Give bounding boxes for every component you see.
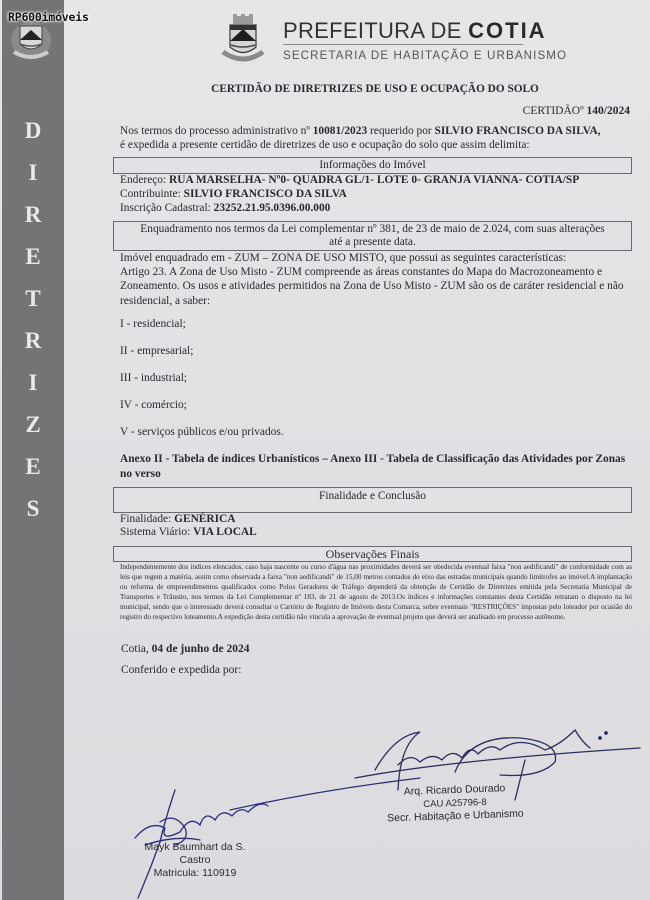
intro-text: requerido por [367, 125, 434, 137]
list-item: IV - comércio; [120, 399, 284, 426]
permitted-uses-list: I - residencial; II - empresarial; III -… [120, 318, 284, 453]
coat-of-arms-icon [8, 18, 54, 60]
list-item: I - residencial; [120, 318, 284, 345]
side-letter: I [2, 160, 64, 202]
section-header-conclusion: Finalidade e Conclusão [113, 487, 632, 513]
road-label: Sistema Viário: [120, 526, 193, 538]
certificate-number-value: 140/2024 [587, 105, 630, 117]
signature-secretary: Arq. Ricardo Dourado CAU A25796-8 Secr. … [379, 781, 530, 825]
side-letter: I [2, 370, 64, 412]
property-info: Endereço: RUA MARSELHA- Nº0- QUADRA GL/1… [120, 173, 635, 215]
observations-text: Independentemente dos índices elencados,… [120, 562, 632, 622]
title-city: COTIA [468, 18, 546, 43]
zone-line: Imóvel enquadrado em - ZUM – ZONA DE USO… [120, 251, 635, 265]
side-letter: T [2, 286, 64, 328]
watermark: RP600imóveis [8, 10, 89, 24]
framework-heading-line: Enquadramento nos termos da Lei compleme… [114, 223, 631, 236]
issue-date-value: 04 de junho de 2024 [152, 643, 250, 655]
taxpayer-value: SILVIO FRANCISCO DA SILVA [184, 188, 347, 200]
signature-clerk: Mayk Baumhart da S. Castro Matricula: 11… [130, 841, 260, 880]
section-header-framework: Enquadramento nos termos da Lei compleme… [113, 221, 632, 251]
side-letter: E [2, 454, 64, 496]
registration-value: 23252.21.95.0396.00.000 [214, 202, 331, 214]
annex-note: Anexo II - Tabela de índices Urbanístico… [120, 452, 635, 482]
list-item: III - industrial; [120, 372, 284, 399]
city-crest-icon [219, 14, 267, 66]
section-header-property: Informações do Imóvel [113, 157, 632, 174]
process-number: 10081/2023 [313, 125, 367, 137]
header-divider [283, 44, 523, 45]
side-letter: E [2, 244, 64, 286]
purpose-value: GENÉRICA [174, 513, 235, 525]
municipality-title: PREFEITURA DE COTIA [283, 18, 547, 44]
conclusion-info: Finalidade: GENÉRICA Sistema Viário: VIA… [120, 513, 635, 539]
article-text: Artigo 23. A Zona de Uso Misto - ZUM com… [120, 265, 635, 308]
document-title: CERTIDÃO DE DIRETRIZES DE USO E OCUPAÇÃO… [110, 83, 640, 95]
issue-date: Cotia, 04 de junho de 2024 [121, 643, 249, 655]
side-letter: R [2, 202, 64, 244]
taxpayer-label: Contribuinte: [120, 188, 184, 200]
framework-heading-line: até a presente data. [114, 236, 631, 249]
issue-place: Cotia, [121, 643, 152, 655]
section-header-observations: Observações Finais [113, 546, 632, 562]
zone-description: Imóvel enquadrado em - ZUM – ZONA DE USO… [120, 251, 635, 308]
side-letter: Z [2, 412, 64, 454]
certificate-page: RP600imóveis D I R E T R I Z E S PREFEIT… [0, 0, 650, 900]
side-letter: R [2, 328, 64, 370]
certificate-number: CERTIDÃOº 140/2024 [523, 105, 630, 117]
signer-registration: Matricula: 110919 [130, 867, 260, 880]
list-item: V - serviços públicos e/ou privados. [120, 426, 284, 453]
registration-label: Inscrição Cadastral: [120, 202, 214, 214]
list-item: II - empresarial; [120, 345, 284, 372]
address-label: Endereço: [120, 174, 169, 186]
certificate-label: CERTIDÃOº [523, 105, 584, 117]
secretariat-subtitle: SECRETARIA DE HABITAÇÃO E URBANISMO [283, 49, 567, 62]
side-letter: S [2, 496, 64, 538]
issued-by-label: Conferido e expedida por: [121, 664, 241, 676]
side-letter: D [2, 118, 64, 160]
intro-paragraph: Nos termos do processo administrativo nº… [120, 124, 635, 152]
title-prefix: PREFEITURA DE [283, 18, 468, 43]
intro-text: Nos termos do processo administrativo nº [120, 125, 313, 137]
side-vertical-title: D I R E T R I Z E S [2, 118, 64, 538]
purpose-label: Finalidade: [120, 513, 174, 525]
requester-name: SILVIO FRANCISCO DA SILVA, [435, 125, 601, 137]
road-value: VIA LOCAL [193, 526, 257, 538]
signer-name: Mayk Baumhart da S. Castro [130, 841, 260, 867]
address-value: RUA MARSELHA- Nº0- QUADRA GL/1- LOTE 0- … [169, 174, 579, 186]
intro-text: é expedida a presente certidão de diretr… [120, 139, 530, 151]
